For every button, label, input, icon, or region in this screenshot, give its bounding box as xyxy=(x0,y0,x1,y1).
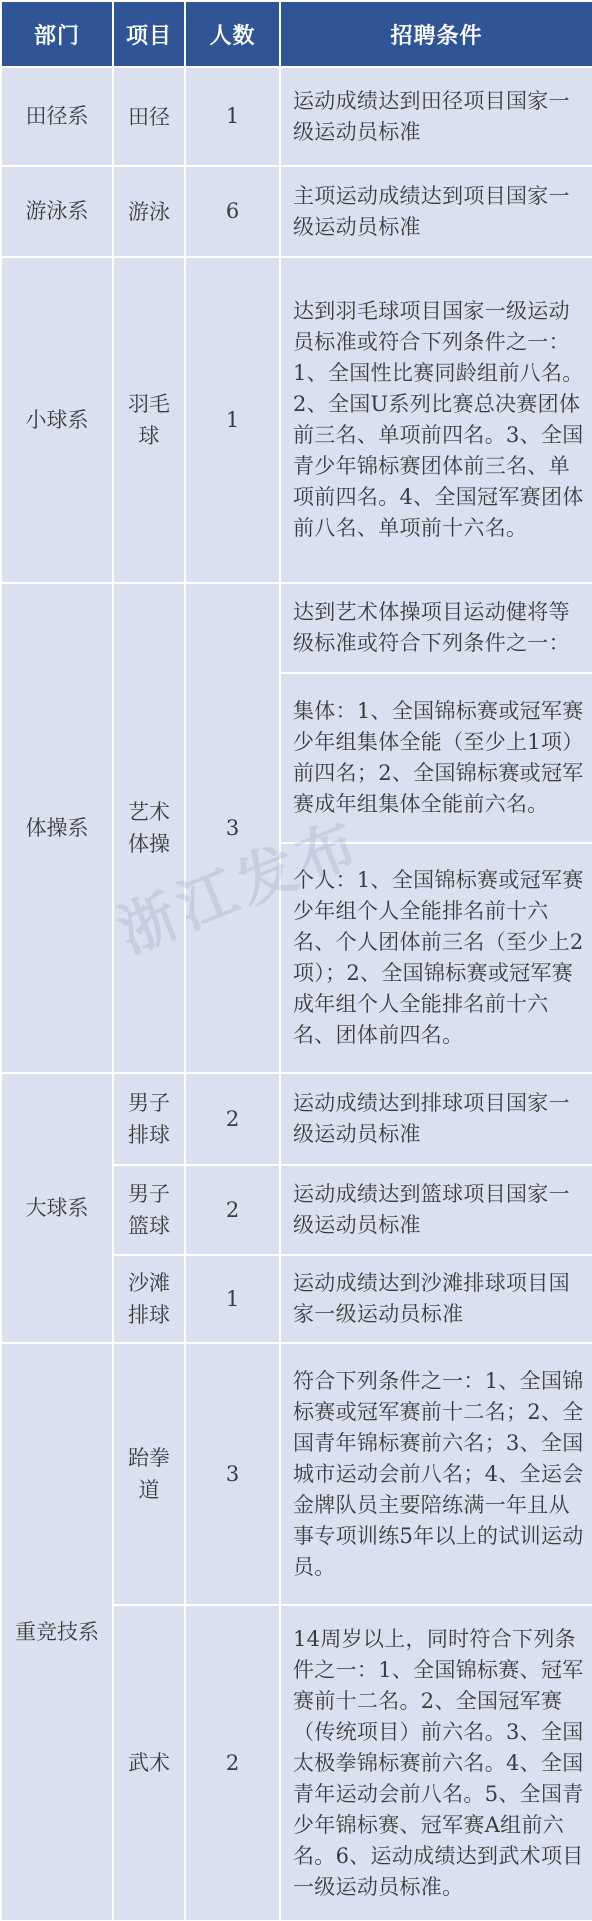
table-row: 大球系 男子排球 2 运动成绩达到排球项目国家一级运动员标准 xyxy=(1,1073,592,1165)
project-cell: 男子篮球 xyxy=(113,1165,185,1255)
project-cell: 男子排球 xyxy=(113,1073,185,1165)
conditions-cell: 运动成绩达到沙滩排球项目国家一级运动员标准 xyxy=(280,1255,592,1343)
count-cell: 1 xyxy=(185,257,280,583)
dept-cell: 游泳系 xyxy=(1,166,113,257)
project-cell: 武术 xyxy=(113,1605,185,1921)
conditions-cell: 主项运动成绩达到项目国家一级运动员标准 xyxy=(280,166,592,257)
conditions-cell: 符合下列条件之一：1、全国锦标赛或冠军赛前十二名；2、全国青年锦标赛前六名；3、… xyxy=(280,1343,592,1605)
header-count: 人数 xyxy=(185,1,280,67)
dept-cell: 重竞技系 xyxy=(1,1343,113,1921)
project-cell: 羽毛球 xyxy=(113,257,185,583)
project-cell: 艺术体操 xyxy=(113,583,185,1073)
count-cell: 3 xyxy=(185,583,280,1073)
count-cell: 2 xyxy=(185,1605,280,1921)
header-project: 项目 xyxy=(113,1,185,67)
conditions-cell: 达到羽毛球项目国家一级运动员标准或符合下列条件之一：1、全国性比赛同龄组前八名。… xyxy=(280,257,592,583)
conditions-cell: 运动成绩达到排球项目国家一级运动员标准 xyxy=(280,1073,592,1165)
count-cell: 1 xyxy=(185,1255,280,1343)
header-conditions: 招聘条件 xyxy=(280,1,592,67)
table-row: 重竞技系 跆拳道 3 符合下列条件之一：1、全国锦标赛或冠军赛前十二名；2、全国… xyxy=(1,1343,592,1605)
conditions-cell-individual: 个人：1、全国锦标赛或冠军赛少年组个人全能排名前十六名、个人团体前三名（至少上2… xyxy=(280,843,592,1073)
header-dept: 部门 xyxy=(1,1,113,67)
conditions-cell: 运动成绩达到田径项目国家一级运动员标准 xyxy=(280,67,592,166)
project-cell: 游泳 xyxy=(113,166,185,257)
count-cell: 2 xyxy=(185,1165,280,1255)
project-cell: 田径 xyxy=(113,67,185,166)
count-cell: 1 xyxy=(185,67,280,166)
conditions-cell: 运动成绩达到篮球项目国家一级运动员标准 xyxy=(280,1165,592,1255)
conditions-cell: 达到艺术体操项目运动健将等级标准或符合下列条件之一： xyxy=(280,583,592,673)
recruitment-table: 部门 项目 人数 招聘条件 田径系 田径 1 运动成绩达到田径项目国家一级运动员… xyxy=(0,0,592,1921)
project-cell: 跆拳道 xyxy=(113,1343,185,1605)
dept-cell: 小球系 xyxy=(1,257,113,583)
dept-cell: 大球系 xyxy=(1,1073,113,1343)
conditions-cell-group: 集体：1、全国锦标赛或冠军赛少年组集体全能（至少上1项）前四名；2、全国锦标赛或… xyxy=(280,673,592,843)
conditions-cell: 14周岁以上，同时符合下列条件之一：1、全国锦标赛、冠军赛前十二名。2、全国冠军… xyxy=(280,1605,592,1921)
table-row: 小球系 羽毛球 1 达到羽毛球项目国家一级运动员标准或符合下列条件之一：1、全国… xyxy=(1,257,592,583)
count-cell: 3 xyxy=(185,1343,280,1605)
table-row: 田径系 田径 1 运动成绩达到田径项目国家一级运动员标准 xyxy=(1,67,592,166)
table-row: 体操系 艺术体操 3 达到艺术体操项目运动健将等级标准或符合下列条件之一： xyxy=(1,583,592,673)
count-cell: 2 xyxy=(185,1073,280,1165)
project-cell: 沙滩排球 xyxy=(113,1255,185,1343)
dept-cell: 体操系 xyxy=(1,583,113,1073)
count-cell: 6 xyxy=(185,166,280,257)
header-row: 部门 项目 人数 招聘条件 xyxy=(1,1,592,67)
table-row: 游泳系 游泳 6 主项运动成绩达到项目国家一级运动员标准 xyxy=(1,166,592,257)
dept-cell: 田径系 xyxy=(1,67,113,166)
